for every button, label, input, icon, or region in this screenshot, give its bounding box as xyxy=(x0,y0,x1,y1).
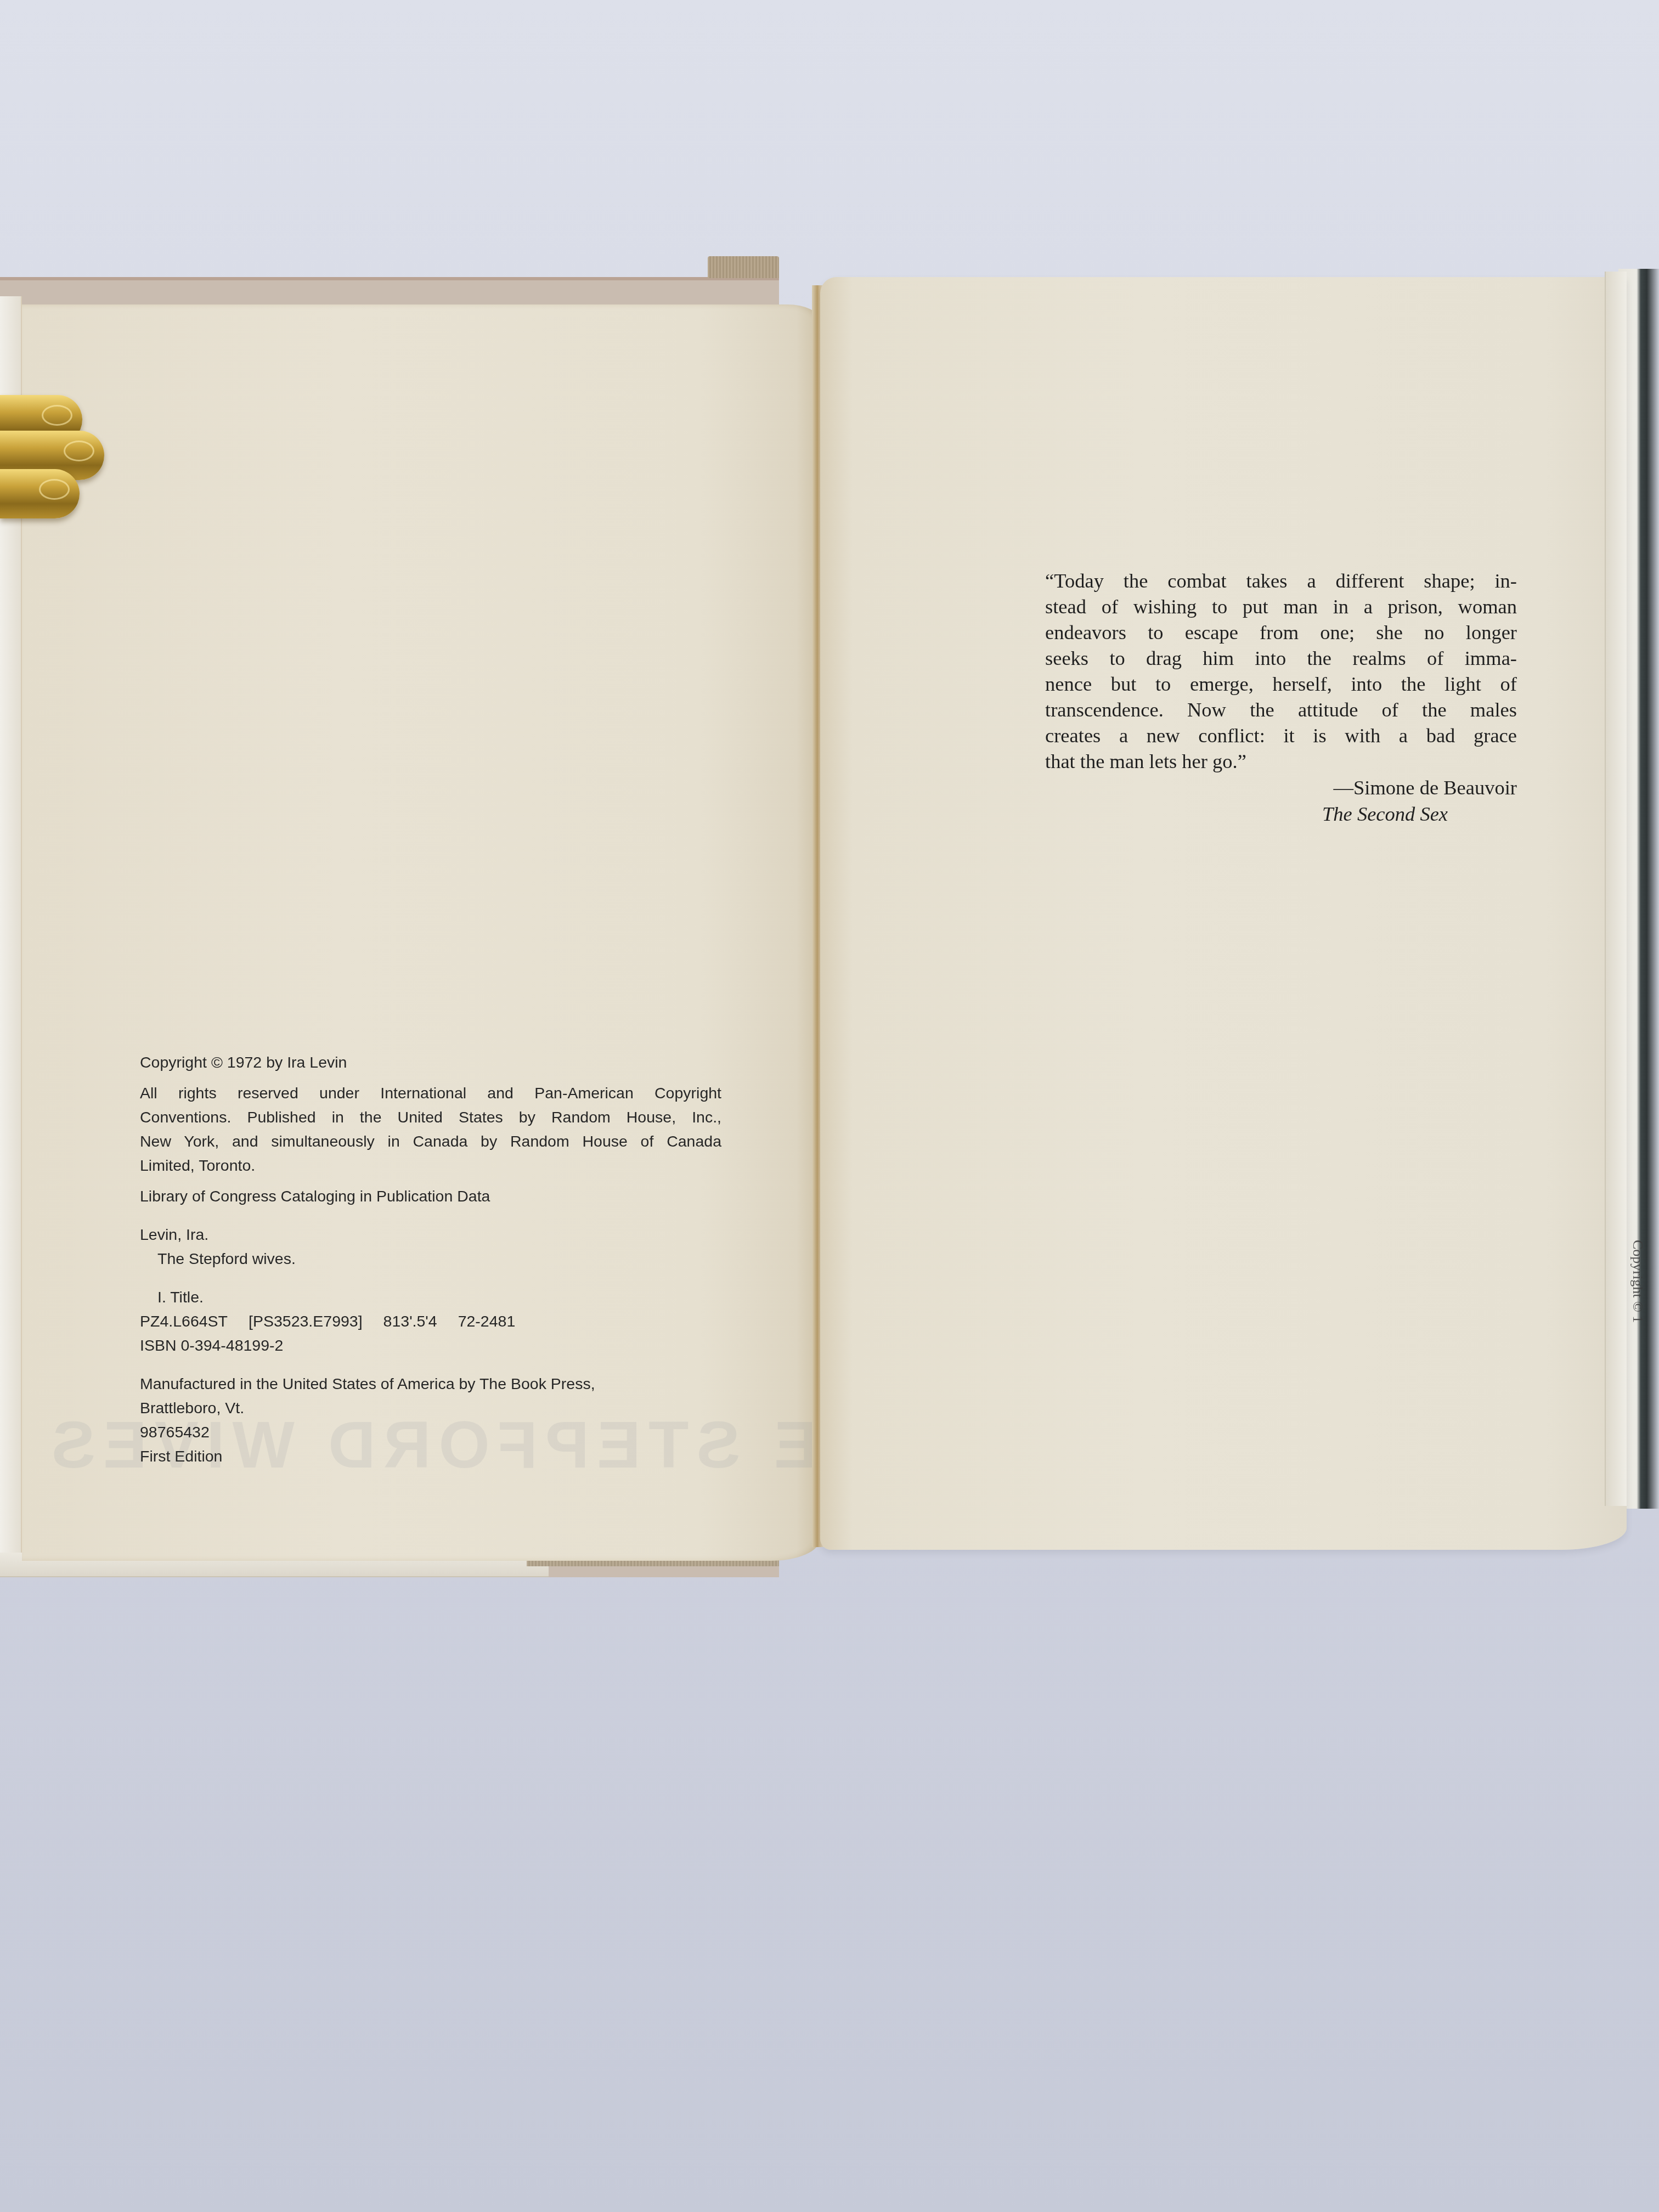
edition-statement: First Edition xyxy=(140,1444,721,1469)
epigraph-line: creates a new conflict: it is with a bad… xyxy=(1045,723,1517,748)
lc-call-number: PZ4.L664ST xyxy=(140,1310,228,1334)
epigraph-line: “Today the combat takes a different shap… xyxy=(1045,568,1517,594)
cip-author: Levin, Ira. xyxy=(140,1223,721,1247)
attribution-work-title: The Second Sex xyxy=(1045,801,1517,827)
open-book: Copyright © 1 THE STEPFORD WIVES Copyrig… xyxy=(0,0,1659,2212)
copyright-line: Copyright © 1972 by Ira Levin xyxy=(140,1051,721,1075)
epigraph-line: transcendence. Now the attitude of the m… xyxy=(1045,697,1517,723)
cloth-spine-headband xyxy=(708,256,779,278)
brass-hand-bookmark-icon xyxy=(0,362,110,565)
epigraph-line: that the man lets her go.” xyxy=(1045,748,1517,774)
cip-title: The Stepford wives. xyxy=(140,1247,721,1271)
epigraph-page xyxy=(820,277,1627,1550)
lccn: 72-2481 xyxy=(458,1310,516,1334)
rights-line: New York, and simultaneously in Canada b… xyxy=(140,1130,721,1154)
epigraph-line: seeks to drag him into the realms of imm… xyxy=(1045,645,1517,671)
back-board-edge-text: Copyright © 1 xyxy=(1629,1240,1646,1323)
epigraph-line: stead of wishing to put man in a prison,… xyxy=(1045,594,1517,619)
brass-finger xyxy=(0,469,80,518)
manufacture-line: Brattleboro, Vt. xyxy=(140,1396,721,1420)
epigraph-quote: “Today the combat takes a different shap… xyxy=(1045,568,1517,774)
printing-number-line: 98765432 xyxy=(140,1420,721,1444)
rights-line: Conventions. Published in the United Sta… xyxy=(140,1105,721,1130)
dewey-number: 813'.5'4 xyxy=(383,1310,437,1334)
ps-call-number: [PS3523.E7993] xyxy=(249,1310,363,1334)
manufacture-line: Manufactured in the United States of Ame… xyxy=(140,1372,721,1396)
cip-classification: PZ4.L664ST[PS3523.E7993]813'.5'472-2481 xyxy=(140,1310,721,1334)
copyright-text-block: Copyright © 1972 by Ira Levin All rights… xyxy=(140,1051,721,1469)
rights-line: Limited, Toronto. xyxy=(140,1154,721,1178)
epigraph-attribution: —Simone de Beauvoir The Second Sex xyxy=(1045,775,1517,827)
attribution-author: —Simone de Beauvoir xyxy=(1045,775,1517,801)
cip-heading: Library of Congress Cataloging in Public… xyxy=(140,1184,721,1209)
cip-subject: I. Title. xyxy=(140,1285,721,1310)
page-fore-edge xyxy=(1605,272,1627,1506)
epigraph-line: endeavors to escape from one; she no lon… xyxy=(1045,619,1517,645)
rights-line: All rights reserved under International … xyxy=(140,1081,721,1105)
isbn: ISBN 0-394-48199-2 xyxy=(140,1334,721,1358)
epigraph-line: nence but to emerge, herself, into the l… xyxy=(1045,671,1517,697)
rights-paragraph: All rights reserved under International … xyxy=(140,1081,721,1178)
